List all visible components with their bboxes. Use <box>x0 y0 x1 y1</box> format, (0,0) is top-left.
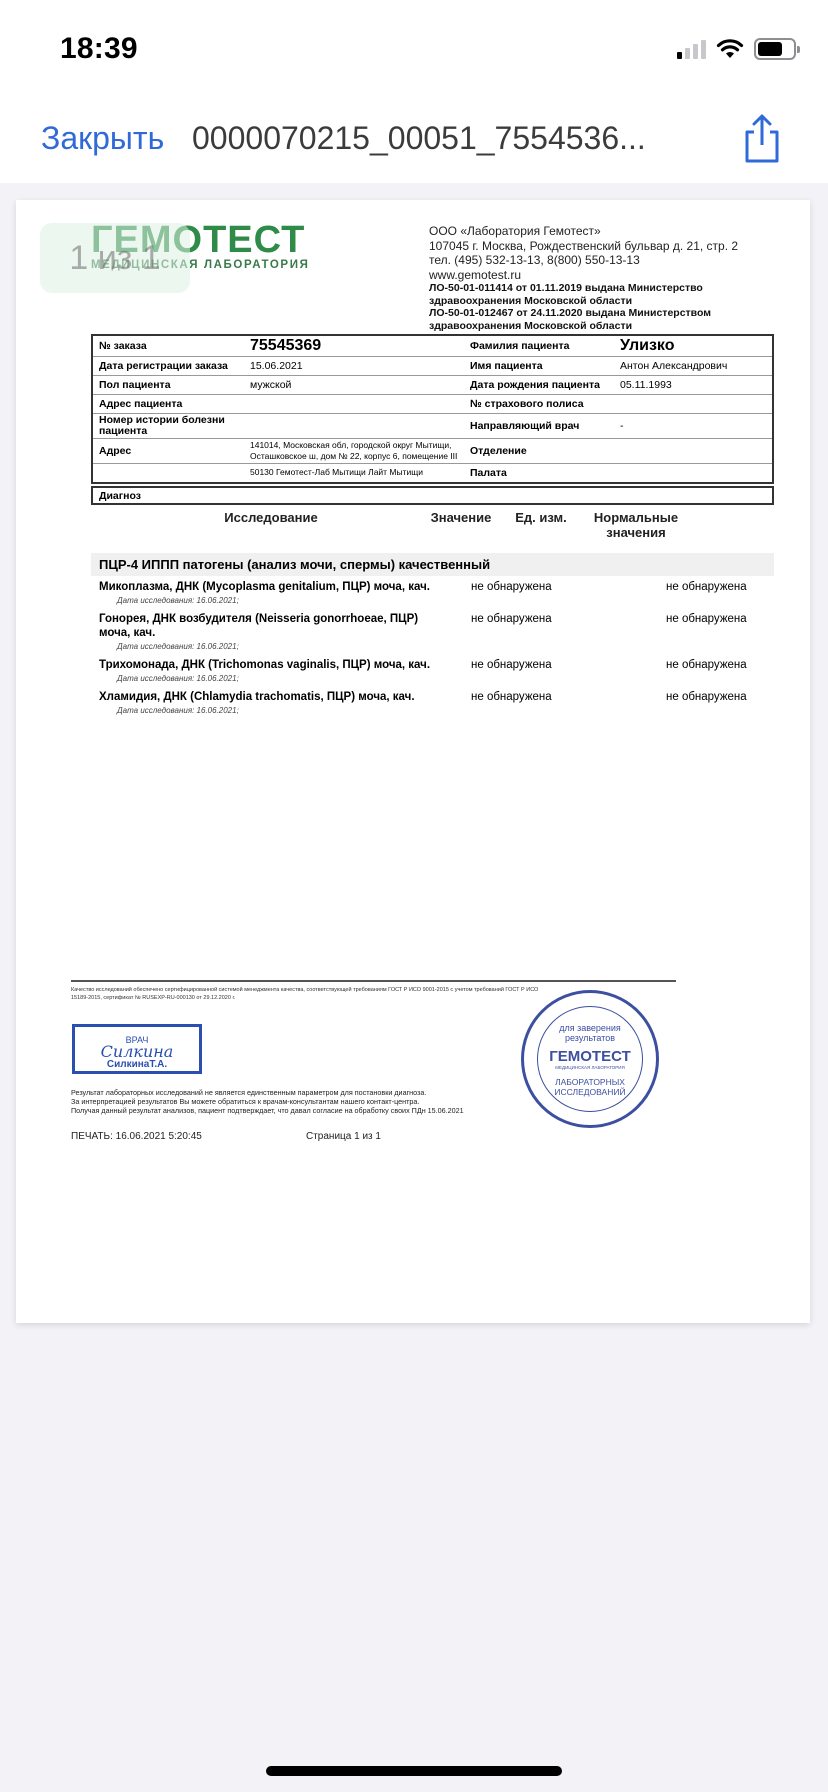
footer-divider <box>71 980 676 982</box>
test-normal: не обнаружена <box>666 691 747 703</box>
disclaimer-line: Получая данный результат анализов, пацие… <box>71 1106 464 1115</box>
seal-brand-sub: МЕДИЦИНСКАЯ ЛАБОРАТОРИЯ <box>524 1065 656 1070</box>
lab-name-value: 50130 Гемотест-Лаб Мытищи Лайт Мытищи <box>244 464 464 483</box>
status-icons <box>677 38 796 60</box>
policy-value <box>614 395 773 414</box>
page-indicator: 1 из 1 <box>40 223 190 293</box>
order-number-label: № заказа <box>92 335 244 357</box>
test-name: Микоплазма, ДНК (Mycoplasma genitalium, … <box>99 580 439 594</box>
test-normal: не обнаружена <box>666 581 747 593</box>
doctor-signature: Силкина <box>75 1045 199 1059</box>
lab-address-label: Адрес <box>92 439 244 464</box>
surname-value: Улизко <box>614 335 773 357</box>
doctor-name: СилкинаТ.А. <box>75 1059 199 1070</box>
disclaimer: Результат лабораторных исследований не я… <box>71 1088 464 1116</box>
diagnosis-field: Диагноз <box>91 486 774 505</box>
org-website: www.gemotest.ru <box>429 268 738 283</box>
patient-address-label: Адрес пациента <box>92 395 244 414</box>
test-date: Дата исследования: 16.06.2021; <box>117 706 766 715</box>
results-list: Микоплазма, ДНК (Mycoplasma genitalium, … <box>91 577 774 719</box>
lab-address-value: 141014, Московская обл, городской округ … <box>244 439 464 464</box>
lab-info: ООО «Лаборатория Гемотест» 107045 г. Мос… <box>429 224 738 332</box>
patient-address-value <box>244 395 464 414</box>
header-test: Исследование <box>171 510 371 525</box>
quality-notice: Качество исследований обеспечено сертифи… <box>71 987 541 1002</box>
test-date: Дата исследования: 16.06.2021; <box>117 642 766 651</box>
ward-label: Палата <box>464 464 614 483</box>
reg-date-label: Дата регистрации заказа <box>92 357 244 376</box>
seal-bottom-text: ЛАБОРАТОРНЫХ ИССЛЕДОВАНИЙ <box>524 1077 656 1097</box>
test-value: не обнаружена <box>471 691 552 703</box>
doctor-stamp: ВРАЧ Силкина СилкинаТ.А. <box>72 1024 202 1074</box>
test-value: не обнаружена <box>471 613 552 625</box>
document-title: 0000070215_00051_7554536... <box>192 120 646 157</box>
org-name: ООО «Лаборатория Гемотест» <box>429 224 738 239</box>
battery-icon <box>754 38 796 60</box>
test-section-title: ПЦР-4 ИППП патогены (анализ мочи, спермы… <box>91 553 774 576</box>
test-date: Дата исследования: 16.06.2021; <box>117 596 766 605</box>
seal-brand: ГЕМОТЕСТ <box>524 1048 656 1065</box>
ward-value <box>614 464 773 483</box>
navigation-bar: Закрыть 0000070215_00051_7554536... <box>0 100 828 183</box>
lab-seal: для заверения результатов ГЕМОТЕСТ МЕДИЦ… <box>521 990 659 1128</box>
status-time: 18:39 <box>60 32 138 66</box>
result-row: Гонорея, ДНК возбудителя (Neisseria gono… <box>91 609 774 655</box>
test-name: Трихомонада, ДНК (Trichomonas vaginalis,… <box>99 658 439 672</box>
test-value: не обнаружена <box>471 659 552 671</box>
cellular-signal-icon <box>677 39 706 59</box>
dob-value: 05.11.1993 <box>614 376 773 395</box>
wifi-icon <box>716 38 744 60</box>
test-name: Гонорея, ДНК возбудителя (Neisseria gono… <box>99 612 439 640</box>
sex-label: Пол пациента <box>92 376 244 395</box>
pdf-viewer[interactable]: 1 из 1 ГЕМОТЕСТ МЕДИЦИНСКАЯ ЛАБОРАТОРИЯ … <box>0 183 828 1792</box>
department-value <box>614 439 773 464</box>
order-number-value: 75545369 <box>244 335 464 357</box>
close-button[interactable]: Закрыть <box>41 120 164 157</box>
document-page: 1 из 1 ГЕМОТЕСТ МЕДИЦИНСКАЯ ЛАБОРАТОРИЯ … <box>16 200 810 1323</box>
result-row: Трихомонада, ДНК (Trichomonas vaginalis,… <box>91 655 774 687</box>
empty-cell <box>92 464 244 483</box>
header-value: Значение <box>421 510 501 525</box>
disclaimer-line: За интерпретацией результатов Вы можете … <box>71 1097 464 1106</box>
share-icon <box>740 114 784 164</box>
license-1: ЛО-50-01-011414 от 01.11.2019 выдана Мин… <box>429 282 729 307</box>
history-value <box>244 414 464 439</box>
print-timestamp: ПЕЧАТЬ: 16.06.2021 5:20:45 <box>71 1131 202 1142</box>
test-normal: не обнаружена <box>666 659 747 671</box>
header-unit: Ед. изм. <box>511 510 571 525</box>
status-bar: 18:39 <box>0 0 828 100</box>
home-indicator[interactable] <box>266 1766 562 1776</box>
header-normal: Нормальные значения <box>591 510 681 540</box>
name-value: Антон Александрович <box>614 357 773 376</box>
test-value: не обнаружена <box>471 581 552 593</box>
org-phone: тел. (495) 532-13-13, 8(800) 550-13-13 <box>429 253 738 268</box>
result-row: Хламидия, ДНК (Chlamydia trachomatis, ПЦ… <box>91 687 774 719</box>
department-label: Отделение <box>464 439 614 464</box>
dob-label: Дата рождения пациента <box>464 376 614 395</box>
share-button[interactable] <box>740 114 784 164</box>
reg-date-value: 15.06.2021 <box>244 357 464 376</box>
org-address: 107045 г. Москва, Рождественский бульвар… <box>429 239 738 254</box>
seal-top-text: для заверения результатов <box>524 1023 656 1043</box>
page-number: Страница 1 из 1 <box>306 1131 381 1142</box>
sex-value: мужской <box>244 376 464 395</box>
name-label: Имя пациента <box>464 357 614 376</box>
policy-label: № страхового полиса <box>464 395 614 414</box>
test-name: Хламидия, ДНК (Chlamydia trachomatis, ПЦ… <box>99 690 439 704</box>
doctor-value: - <box>614 414 773 439</box>
patient-info-table: № заказа 75545369 Фамилия пациента Улизк… <box>91 334 774 484</box>
doctor-label: Направляющий врач <box>464 414 614 439</box>
license-2: ЛО-50-01-012467 от 24.11.2020 выдана Мин… <box>429 307 729 332</box>
result-row: Микоплазма, ДНК (Mycoplasma genitalium, … <box>91 577 774 609</box>
history-label: Номер истории болезни пациента <box>92 414 244 439</box>
test-date: Дата исследования: 16.06.2021; <box>117 674 766 683</box>
test-normal: не обнаружена <box>666 613 747 625</box>
disclaimer-line: Результат лабораторных исследований не я… <box>71 1088 464 1097</box>
surname-label: Фамилия пациента <box>464 335 614 357</box>
results-header: Исследование Значение Ед. изм. Нормальны… <box>91 510 774 546</box>
